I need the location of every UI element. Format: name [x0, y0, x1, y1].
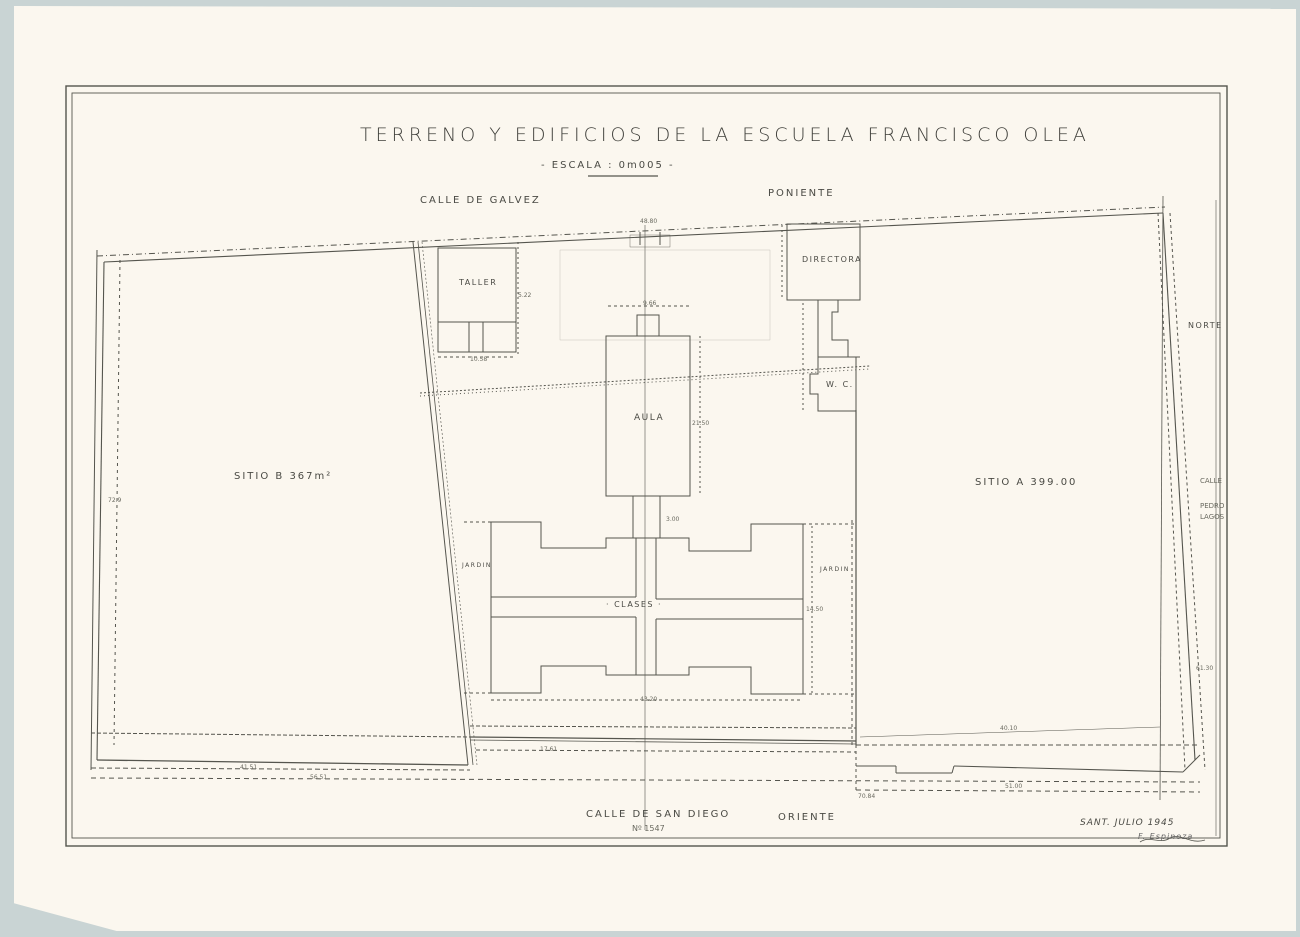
dimension-corridor: 3.00 — [666, 516, 679, 523]
dimension-taller-width: 10.58 — [470, 356, 487, 363]
room-aula: AULA — [634, 413, 664, 423]
dimension-bottom-right-b: 70.84 — [858, 793, 875, 800]
orientation-label-oriente: ORIENTE — [778, 812, 836, 823]
dimension-bottom-right-a: 51.00 — [1005, 783, 1022, 790]
signature: F. Espinoza — [1138, 832, 1193, 841]
neighbor-label-1: CALLE — [1200, 477, 1222, 485]
room-directora: DIRECTORA — [802, 255, 862, 264]
place-date: SANT. JULIO 1945 — [1080, 818, 1175, 828]
dimension-top-mid: 48.80 — [640, 218, 657, 225]
garden-left: JARDIN — [462, 562, 492, 569]
dimension-clases-width: 43.20 — [640, 696, 657, 703]
scale-label: - ESCALA : 0m005 - — [541, 160, 675, 171]
room-taller: TALLER — [459, 278, 497, 287]
street-number: Nº 1547 — [632, 824, 665, 833]
site-a-label: SITIO A 399.00 — [975, 477, 1077, 488]
dimension-bottom-left-b: 56.51 — [310, 774, 327, 781]
orientation-label-norte: NORTE — [1188, 321, 1223, 330]
room-clases: · CLASES · — [606, 600, 662, 609]
neighbor-label-3: LAGOS — [1200, 513, 1224, 521]
street-label-south: CALLE DE SAN DIEGO — [586, 809, 730, 820]
dimension-bottom-left-a: 41.51 — [240, 764, 257, 771]
dimension-diagonal-note: 40.10 — [1000, 725, 1017, 732]
dimension-taller-height: 5.22 — [518, 292, 531, 299]
neighbor-label-2: PEDRO — [1200, 502, 1224, 510]
dimension-right-side: 61.30 — [1196, 665, 1213, 672]
room-wc: W. C. — [826, 380, 854, 389]
dimension-bottom-mid: 17.61 — [540, 746, 557, 753]
drawing-title: TERRENO Y EDIFICIOS DE LA ESCUELA FRANCI… — [360, 124, 1090, 146]
dimension-aula-height: 21.50 — [692, 420, 709, 427]
site-b-label: SITIO B 367m² — [234, 471, 332, 482]
dimension-clases-height: 14.50 — [806, 606, 823, 613]
dimension-left-height: 72.9 — [108, 497, 121, 504]
orientation-label-poniente: PONIENTE — [768, 188, 835, 199]
garden-right: JARDIN — [820, 566, 850, 573]
dimension-aula-width: 9.66 — [643, 300, 656, 307]
street-label-north: CALLE DE GALVEZ — [420, 195, 541, 206]
